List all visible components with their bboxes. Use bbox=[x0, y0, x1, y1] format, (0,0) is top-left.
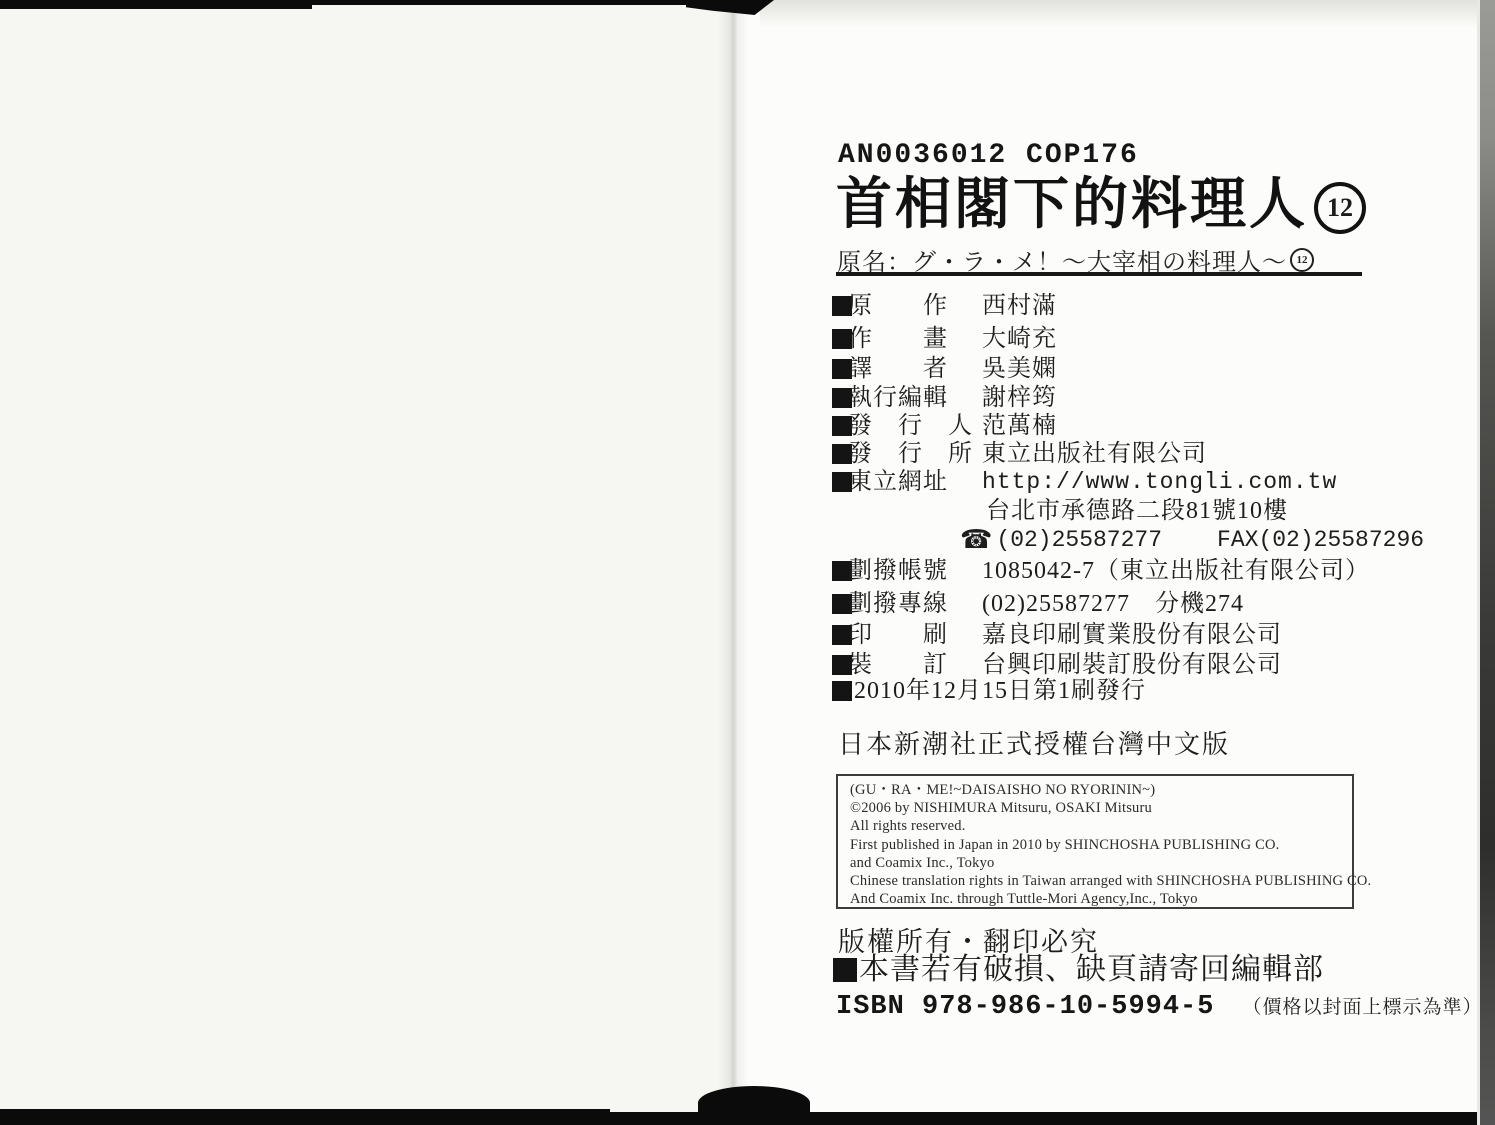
credit-value: 西村滿 bbox=[982, 292, 1057, 320]
catalog-code: AN0036012 COP176 bbox=[838, 140, 1139, 171]
copyright-line: First published in Japan in 2010 by SHIN… bbox=[850, 836, 1352, 854]
book-title-row: 首相閣下的料理人 12 bbox=[836, 172, 1366, 238]
damage-notice: 本書若有破損、缺頁請寄回編輯部 bbox=[859, 952, 1324, 988]
credit-value: 大崎充 bbox=[982, 325, 1057, 353]
credit-label: 印 刷 bbox=[848, 621, 952, 649]
publisher-address: 台北市承德路二段81號10樓 bbox=[986, 497, 1288, 525]
license-statement: 日本新潮社正式授權台灣中文版 bbox=[838, 724, 1230, 761]
isbn-row: ISBN 978-986-10-5994-5 （價格以封面上標示為準） bbox=[836, 992, 1482, 1022]
book-title: 首相閣下的料理人 bbox=[836, 172, 1308, 238]
scan-edge-top-left bbox=[0, 0, 312, 9]
credit-value: 吳美嫻 bbox=[982, 355, 1057, 383]
credit-row-print-date: 2010年12月15日第1刷發行 bbox=[832, 677, 1146, 705]
volume-badge: 12 bbox=[1314, 182, 1366, 234]
damage-notice-row: 本書若有破損、缺頁請寄回編輯部 bbox=[833, 952, 1324, 988]
copyright-line: And Coamix Inc. through Tuttle-Mori Agen… bbox=[850, 890, 1352, 908]
credit-row-artist: 作 畫 大崎充 bbox=[832, 325, 1057, 353]
credit-row-printer: 印 刷 嘉良印刷實業股份有限公司 bbox=[832, 621, 1282, 649]
credit-row-translator: 譯 者 吳美嫻 bbox=[832, 355, 1057, 383]
scan-edge-top bbox=[300, 0, 692, 5]
square-bullet-icon bbox=[832, 681, 852, 701]
copyright-line: ©2006 by NISHIMURA Mitsuru, OSAKI Mitsur… bbox=[850, 799, 1352, 817]
price-note: （價格以封面上標示為準） bbox=[1242, 992, 1482, 1019]
copyright-box: (GU・RA・ME!~DAISAISHO NO RYORININ~) ©2006… bbox=[836, 774, 1354, 909]
phone-line: ☎ (02)25587277 FAX(02)25587296 bbox=[960, 526, 1424, 554]
copyright-line: Chinese translation rights in Taiwan arr… bbox=[850, 872, 1352, 890]
credit-row-address: 台北市承德路二段81號10樓 bbox=[832, 497, 1288, 525]
copyright-line: All rights reserved. bbox=[850, 817, 1352, 835]
credit-label: 劃撥帳號 bbox=[848, 557, 952, 585]
credit-label: 裝 訂 bbox=[848, 651, 952, 679]
scan-edge-bottom bbox=[0, 1112, 1495, 1125]
website-url: http://www.tongli.com.tw bbox=[982, 468, 1337, 496]
credit-value: 台興印刷裝訂股份有限公司 bbox=[982, 651, 1282, 679]
credit-row-original-author: 原 作 西村滿 bbox=[832, 292, 1057, 320]
credit-row-postal-account: 劃撥帳號 1085042-7（東立出版社有限公司） bbox=[832, 557, 1370, 585]
scanned-colophon-spread: AN0036012 COP176 首相閣下的料理人 12 原名：グ・ラ・メ！～大… bbox=[0, 0, 1495, 1125]
credit-row-bindery: 裝 訂 台興印刷裝訂股份有限公司 bbox=[832, 651, 1282, 679]
credit-label: 發 行 人 bbox=[848, 412, 952, 440]
volume-badge-small: 12 bbox=[1290, 248, 1314, 272]
credit-value: 范萬楠 bbox=[982, 412, 1057, 440]
colophon-content: AN0036012 COP176 首相閣下的料理人 12 原名：グ・ラ・メ！～大… bbox=[0, 0, 1495, 1125]
credit-value: 1085042-7（東立出版社有限公司） bbox=[982, 557, 1370, 585]
print-date: 2010年12月15日第1刷發行 bbox=[854, 677, 1146, 705]
credit-row-publishing-house: 發 行 所 東立出版社有限公司 bbox=[832, 440, 1207, 468]
credit-row-executive-editor: 執行編輯 謝梓筠 bbox=[832, 384, 1057, 412]
credit-value: (02)25587277 分機274 bbox=[982, 590, 1244, 618]
credit-value: 嘉良印刷實業股份有限公司 bbox=[982, 621, 1282, 649]
divider-rule bbox=[836, 272, 1362, 276]
credit-label: 劃撥專線 bbox=[848, 590, 952, 618]
credit-row-website: 東立網址 http://www.tongli.com.tw bbox=[832, 468, 1337, 496]
credit-label: 執行編輯 bbox=[848, 384, 952, 412]
credit-label: 東立網址 bbox=[848, 468, 952, 496]
credit-value: 謝梓筠 bbox=[982, 384, 1057, 412]
credit-label: 譯 者 bbox=[848, 355, 952, 383]
copyright-line: and Coamix Inc., Tokyo bbox=[850, 854, 1352, 872]
credit-label: 作 畫 bbox=[848, 325, 952, 353]
isbn-number: ISBN 978-986-10-5994-5 bbox=[836, 992, 1214, 1022]
copyright-line: (GU・RA・ME!~DAISAISHO NO RYORININ~) bbox=[850, 781, 1352, 799]
credit-value: 東立出版社有限公司 bbox=[982, 440, 1207, 468]
square-bullet-icon bbox=[833, 958, 857, 982]
credit-row-postal-hotline: 劃撥專線 (02)25587277 分機274 bbox=[832, 590, 1244, 618]
phone-number: (02)25587277 bbox=[996, 526, 1162, 554]
fax-number: FAX(02)25587296 bbox=[1217, 526, 1424, 554]
credit-row-phone: ☎ (02)25587277 FAX(02)25587296 bbox=[832, 526, 1424, 554]
credit-label: 發 行 所 bbox=[848, 440, 952, 468]
telephone-icon: ☎ bbox=[960, 526, 992, 554]
credit-label: 原 作 bbox=[848, 292, 952, 320]
credit-row-publisher-person: 發 行 人 范萬楠 bbox=[832, 412, 1057, 440]
scan-edge-right bbox=[1477, 0, 1495, 1125]
